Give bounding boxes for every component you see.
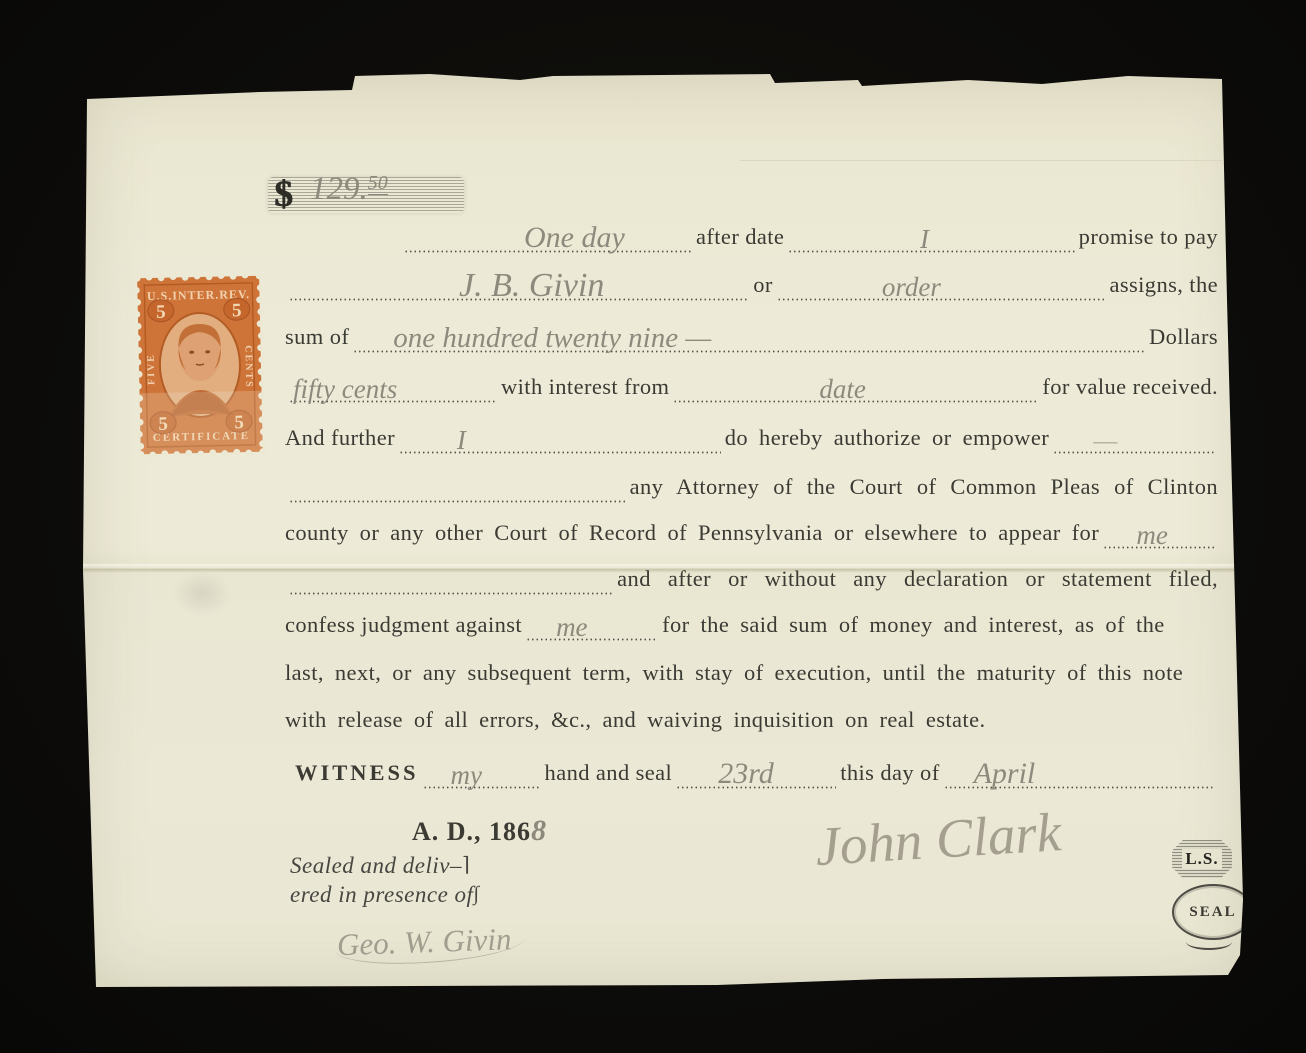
printed-and-further: And further — [285, 425, 395, 451]
hw-term: One day — [524, 221, 625, 255]
printed-county-clause: county or any other Court of Record of P… — [285, 520, 1099, 546]
printed-assigns: assigns, the — [1109, 272, 1218, 298]
line-witness: WITNESS my hand and seal 23rd this day o… — [295, 760, 1218, 794]
printed-for-said-sum: for the said sum of money and interest, … — [662, 612, 1165, 638]
seal-stamp: SEAL — [1172, 884, 1254, 940]
line-authorize: And further I do hereby authorize or emp… — [285, 425, 1218, 459]
ls-seal-label: L.S. — [1182, 849, 1221, 869]
promissory-note-document: U.S.INTER.REV. CERTIFICATE FIVE CENTS 5 … — [80, 72, 1248, 990]
hw-judgment-against: me — [556, 612, 587, 643]
printed-attorney-clause: any Attorney of the Court of Common Plea… — [630, 474, 1218, 500]
printed-sealed-line2: ered in presence of — [290, 882, 473, 907]
line-ad-date: A. D., 1868 — [412, 814, 547, 848]
seal-label: SEAL — [1189, 904, 1236, 921]
hw-order: order — [882, 272, 941, 303]
line-term-clause: last, next, or any subsequent term, with… — [285, 660, 1218, 694]
line-county: county or any other Court of Record of P… — [285, 520, 1218, 554]
hw-appear-for: me — [1136, 520, 1167, 551]
paper-crease-top — [740, 160, 1226, 161]
line-sum: sum of one hundred twenty nine — Dollars — [285, 324, 1218, 358]
printed-this-day-of: this day of — [840, 760, 939, 786]
hw-blank-dash: — — [1093, 425, 1117, 456]
hw-year-digit: 8 — [531, 814, 547, 847]
dollar-sign: $ — [274, 173, 293, 216]
line-interest: fifty cents with interest from date for … — [285, 374, 1218, 408]
line-term: One day after date I promise to pay — [400, 224, 1218, 258]
printed-ad-186: A. D., 186 — [412, 817, 531, 846]
printed-after-date: after date — [696, 224, 784, 250]
printed-with-interest-from: with interest from — [501, 374, 669, 400]
photo-background: U.S.INTER.REV. CERTIFICATE FIVE CENTS 5 … — [0, 0, 1306, 1053]
amount-box: $ 129.50 — [268, 177, 464, 213]
printed-hand-and-seal: hand and seal — [545, 760, 673, 786]
handwritten-amount: 129.50 — [310, 171, 388, 208]
printed-dollars: Dollars — [1149, 324, 1218, 350]
svg-text:5: 5 — [232, 300, 242, 321]
hw-payee: J. B. Givin — [459, 267, 604, 305]
brace-top: ⌉ — [462, 854, 470, 876]
pencil-smudge — [172, 570, 232, 616]
printed-or: or — [753, 272, 773, 298]
sealed-delivered-block: Sealed and deliv–⌉ ered in presence of∫ — [290, 852, 479, 910]
stamp-left-text: FIVE — [146, 353, 158, 385]
printed-value-received: for value received. — [1042, 374, 1218, 400]
line-release: with release of all errors, &c., and wai… — [285, 707, 1218, 741]
hw-month: April — [974, 757, 1036, 791]
printed-promise-to-pay: promise to pay — [1079, 224, 1218, 250]
printed-sealed-line1: Sealed and deliv– — [290, 853, 462, 878]
hw-amount-words: one hundred twenty nine — — [393, 322, 711, 355]
hw-witness-my: my — [451, 760, 482, 791]
printed-confess-judgment: confess judgment against — [285, 612, 522, 638]
line-payee: J. B. Givin or order assigns, the — [285, 272, 1218, 306]
line-declaration: and after or without any declaration or … — [285, 566, 1218, 600]
line-attorney: any Attorney of the Court of Common Plea… — [285, 474, 1218, 508]
brace-bottom: ∫ — [473, 883, 479, 905]
seal-flourish — [1186, 934, 1232, 950]
printed-declaration-clause: and after or without any declaration or … — [617, 566, 1218, 592]
stamp-right-text: CENTS — [243, 345, 255, 389]
revenue-stamp: U.S.INTER.REV. CERTIFICATE FIVE CENTS 5 … — [132, 271, 268, 465]
hw-interest-date: date — [819, 374, 866, 405]
printed-authorize-empower: do hereby authorize or empower — [725, 425, 1049, 451]
printed-release-errors: with release of all errors, &c., and wai… — [285, 707, 985, 733]
hw-maker-pronoun: I — [920, 224, 929, 255]
printed-witness: WITNESS — [295, 760, 419, 786]
printed-subsequent-term: last, next, or any subsequent term, with… — [285, 660, 1183, 686]
line-confess: confess judgment against me for the said… — [285, 612, 1218, 646]
svg-text:5: 5 — [156, 302, 166, 323]
witness-signature: Geo. W. Givin — [334, 921, 526, 967]
printed-sum-of: sum of — [285, 324, 349, 350]
hw-cents-words: fifty cents — [293, 374, 397, 405]
ls-seal: L.S. — [1172, 840, 1232, 878]
hw-day: 23rd — [718, 757, 774, 791]
hw-authorize-pronoun: I — [457, 425, 466, 456]
